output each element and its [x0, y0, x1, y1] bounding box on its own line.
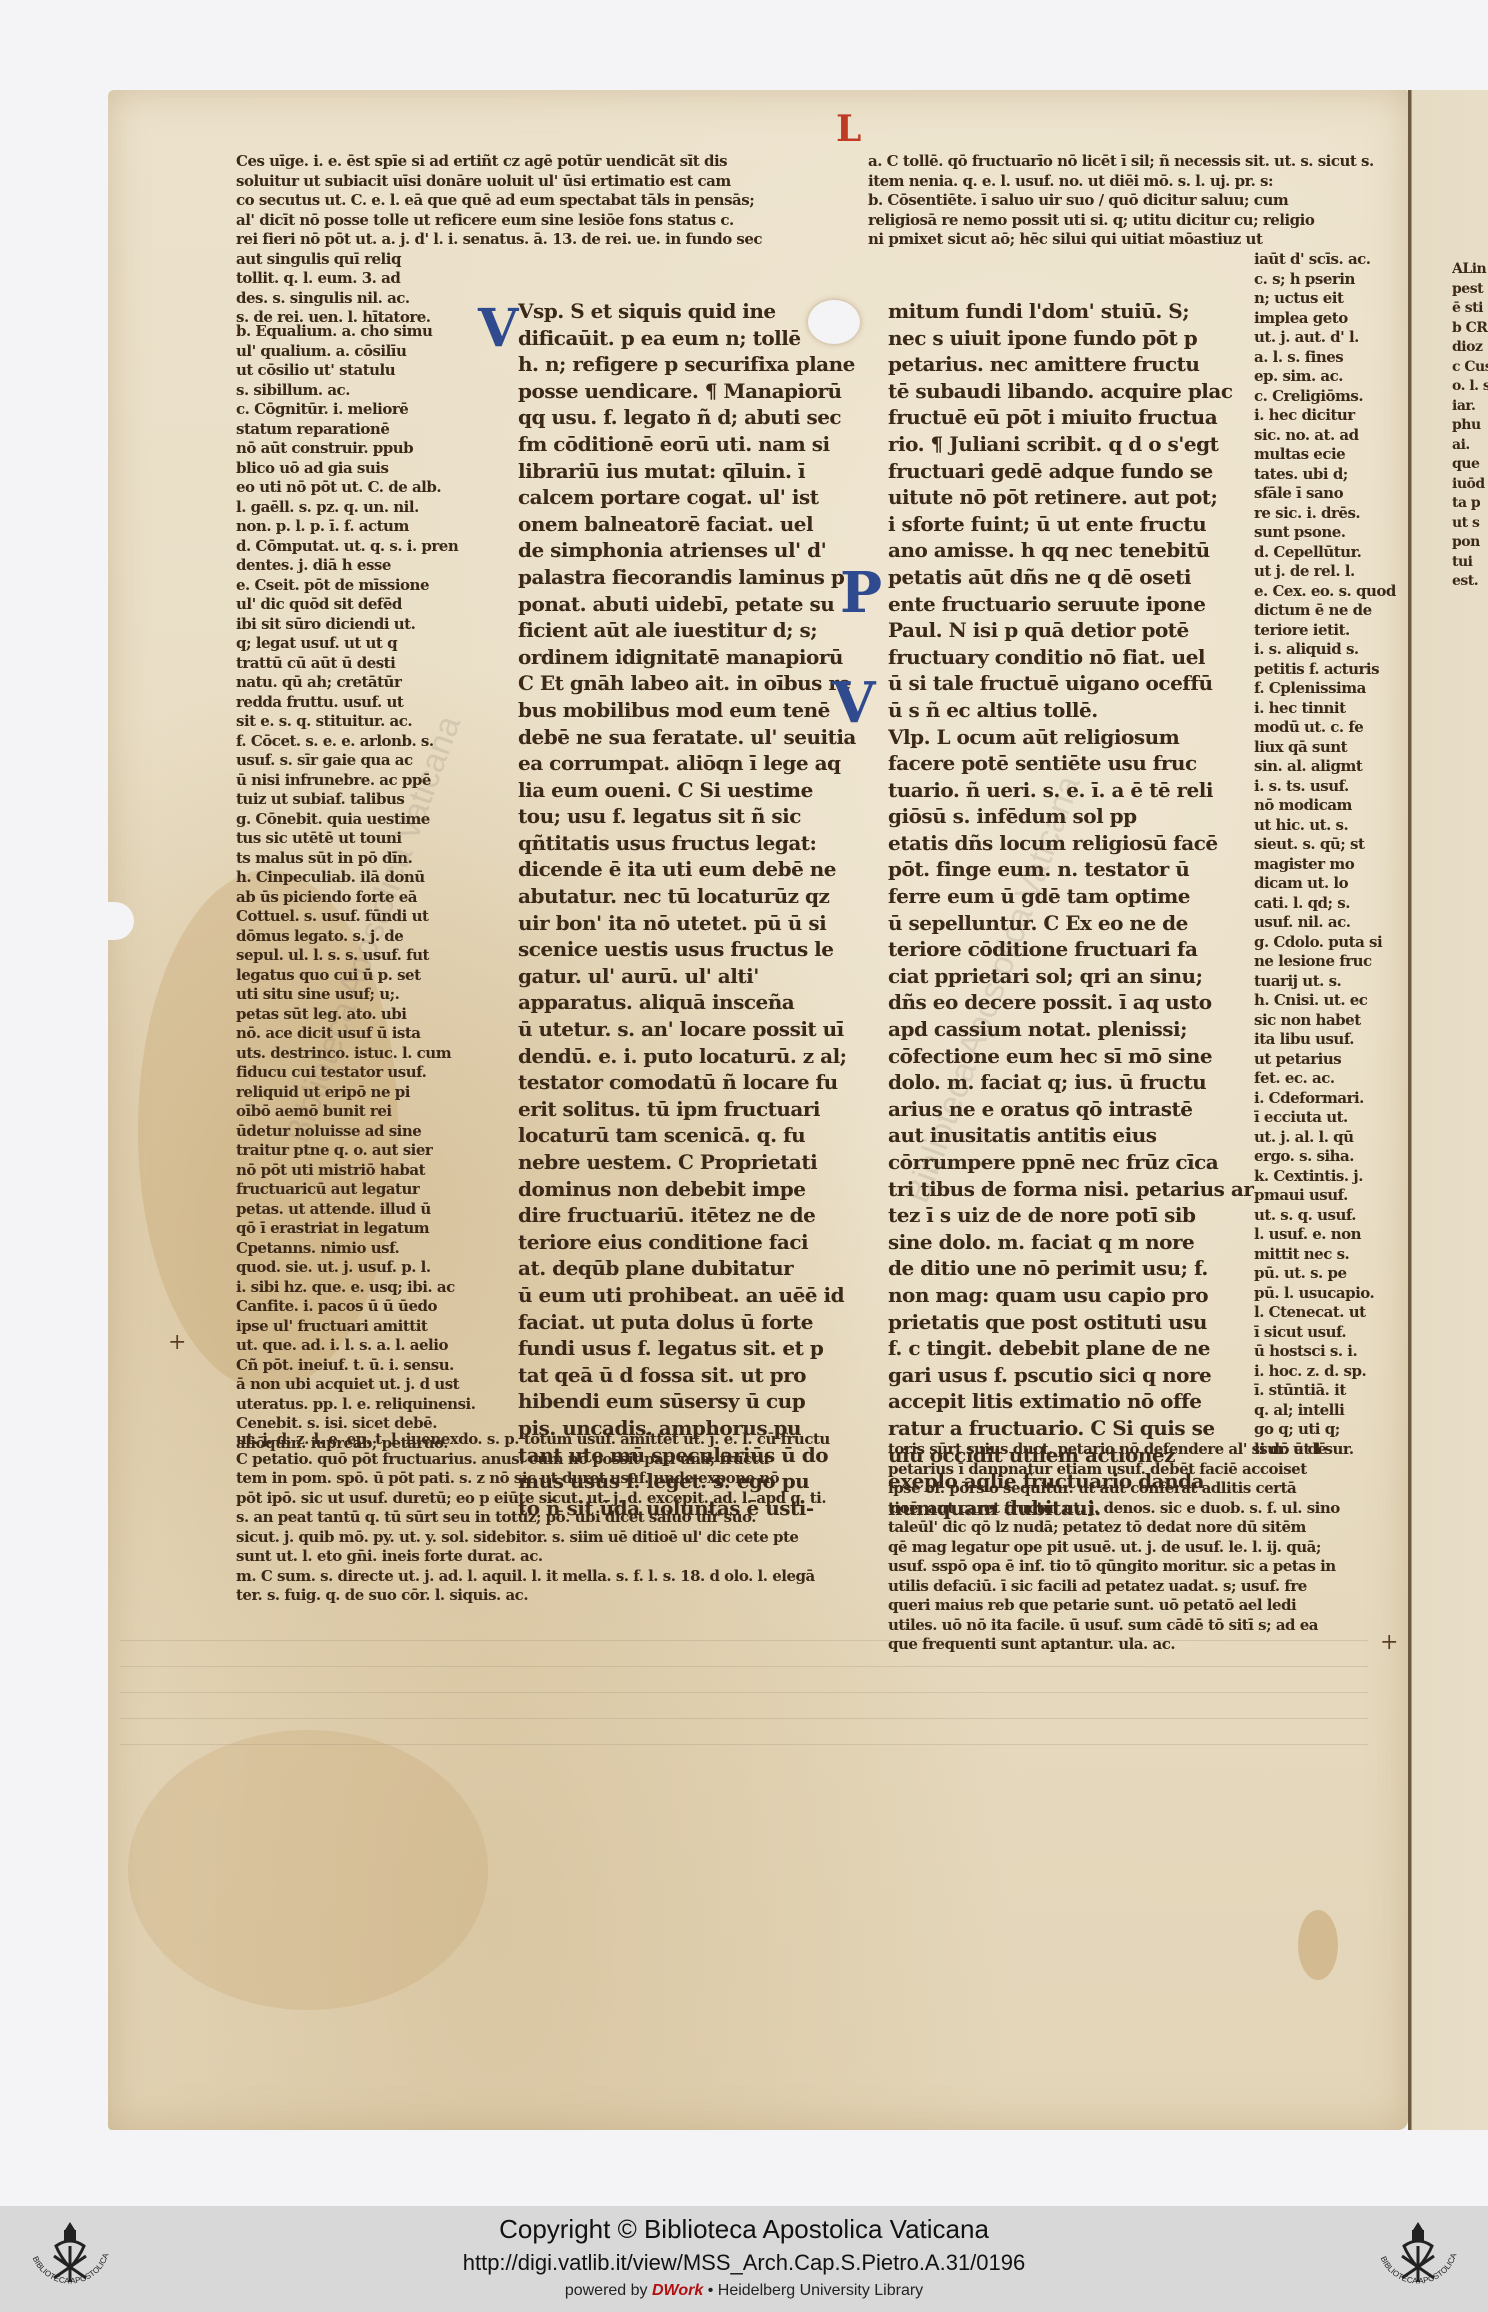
text-line: ne lesione fruc [1254, 952, 1404, 972]
text-line: ipse of. pōrs o sequitur. ut aut confera… [888, 1479, 1388, 1499]
text-line: abutatur. nec tū locaturūz qz [518, 883, 898, 910]
text-line: dñs eo decere possit. ī aq usto [888, 989, 1308, 1016]
text-line: onem balneatorē faciat. uel [518, 511, 898, 538]
text-line: que [1452, 455, 1488, 475]
text-line: sicut. j. quib mō. py. ut. y. sol. sideb… [236, 1528, 936, 1548]
text-line: pōt. finge eum. n. testator ū [888, 856, 1308, 883]
text-line: non mag: quam usu capio pro [888, 1282, 1308, 1309]
text-line: fm cōditionē eorū uti. nam si [518, 431, 898, 458]
manuscript-leaf: Biblioteca Apostolica Vaticana Bibliotec… [108, 90, 1408, 2130]
ruling-line [120, 1640, 1368, 1641]
text-line: ū eum uti prohibeat. an uēē id [518, 1282, 898, 1309]
text-line: sieut. s. qū; st [1254, 835, 1404, 855]
text-line: ut s [1452, 514, 1488, 534]
text-line: Cottuel. s. usuf. fūndi ut [236, 907, 476, 927]
text-line: ni pmixet sicut aō; hēc silui qui uitiat… [868, 230, 1388, 250]
text-line: accepit litis extimatio nō offe [888, 1388, 1308, 1415]
ruling-line [120, 1744, 1368, 1745]
text-line: testator comodatū ñ locare fu [518, 1069, 898, 1096]
text-line: c. Creligiōms. [1254, 387, 1404, 407]
text-line: ū s ñ ec altius tollē. [888, 697, 1308, 724]
text-line: n; uctus eit [1254, 289, 1404, 309]
text-line: l. gaēll. s. pz. q. un. nil. [236, 498, 476, 518]
text-line: h. Cnisi. ut. ec [1254, 991, 1404, 1011]
text-line: Cpetanns. nimio usf. [236, 1239, 476, 1259]
text-line: re sic. i. drēs. [1254, 504, 1404, 524]
text-line: sunt ut. l. eto gn̄i. ineis forte durat.… [236, 1547, 936, 1567]
text-line: apparatus. aliquā insceña [518, 989, 898, 1016]
text-line: ā non ubi acquiet ut. j. d ust [236, 1375, 476, 1395]
text-line: petas sūt leg. ato. ubi [236, 1005, 476, 1025]
text-line: ea corrumpat. aliōqn ī lege aq [518, 750, 898, 777]
text-line: ratur a fructuario. C Si quis se [888, 1415, 1308, 1442]
text-line: tat qeā ū d fossa sit. ut pro [518, 1362, 898, 1389]
text-line: ALin [1452, 260, 1488, 280]
text-line: apd cassium notat. plenissi; [888, 1016, 1308, 1043]
text-line: ut. j. d. z. l. e. ep. t. l. iuenexdo. s… [236, 1430, 936, 1450]
text-line: toris sūrt suius duct. petario nō defend… [888, 1440, 1388, 1460]
text-line: qq usu. f. legato ñ d; abuti sec [518, 404, 898, 431]
gloss-bottom-left: ut. j. d. z. l. e. ep. t. l. iuenexdo. s… [236, 1430, 936, 1606]
powered-prefix: powered by [565, 2282, 652, 2299]
gloss-left-column: b. Equalium. a. cho simuul' qualium. a. … [236, 322, 476, 1453]
main-text-right-column: mitum fundi l'dom' stuiū. S;nec s uiuit … [888, 298, 1308, 1521]
text-line: i. hoc. z. d. sp. [1254, 1362, 1404, 1382]
text-line: ergo. s. siha. [1254, 1147, 1404, 1167]
text-line: eo uti nō pōt ut. C. de alb. [236, 478, 476, 498]
text-line: ū hostsci s. i. [1254, 1342, 1404, 1362]
text-line: fructuaricū aut legatur [236, 1180, 476, 1200]
text-line: al' dicīt nō posse tolle ut reficere eum… [236, 211, 776, 231]
text-line: ul' qualium. a. cōsilīu [236, 342, 476, 362]
text-line: mitum fundi l'dom' stuiū. S; [888, 298, 1308, 325]
manuscript-viewer: ALinpestē stib CRdiozc Cuso. l. siar.phu… [0, 0, 1488, 2206]
text-line: pōt ipō. sic ut usuf. duretū; eo p eiūte… [236, 1489, 936, 1509]
text-line: magister mo [1254, 855, 1404, 875]
text-line: Canfite. i. pacos ū ū ūedo [236, 1297, 476, 1317]
text-line: uti situ sine usuf; u;. [236, 985, 476, 1005]
text-line: nō modicam [1254, 796, 1404, 816]
text-line: h. Cinpeculiab. ilā donū [236, 868, 476, 888]
text-line: librariū ius mutat: qīluin. ī [518, 458, 898, 485]
text-line: locaturū tam scenicā. q. fu [518, 1122, 898, 1149]
ruling-line [120, 1666, 1368, 1667]
text-line: i. hec tinnit [1254, 699, 1404, 719]
text-line: religiosā re nemo possit uti si. q; utit… [868, 211, 1388, 231]
text-line: tui [1452, 553, 1488, 573]
text-line: sunt psone. [1254, 523, 1404, 543]
text-line: ciat pprietari sol; qri an sinu; [888, 963, 1308, 990]
text-line: iuōd [1452, 475, 1488, 495]
text-line: rio. ¶ Juliani scribit. q d o s'egt [888, 431, 1308, 458]
text-line: b. Equalium. a. cho simu [236, 322, 476, 342]
text-line: tē subaudi libando. acquire plac [888, 378, 1308, 405]
text-line: ū sepelluntur. C Ex eo ne de [888, 910, 1308, 937]
initial-v: V [478, 298, 518, 359]
text-line: tuarij ut. s. [1254, 972, 1404, 992]
text-line: nec s uiuit ipone fundo pōt p [888, 325, 1308, 352]
text-line: go q; uti q; [1254, 1420, 1404, 1440]
text-line: ē sti [1452, 299, 1488, 319]
text-line: sepul. ul. l. s. s. usuf. fut [236, 946, 476, 966]
text-line: ū utetur. s. an' locare possit uī [518, 1016, 898, 1043]
text-line: dominus non debebit impe [518, 1176, 898, 1203]
text-line: Cñ pōt. ineiuf. t. ū. i. sensu. [236, 1356, 476, 1376]
text-line: posse uendicare. ¶ Manapiorū [518, 378, 898, 405]
text-line: c Cus [1452, 358, 1488, 378]
text-line: i. s. ts. usuf. [1254, 777, 1404, 797]
text-line: ut petarius [1254, 1050, 1404, 1070]
text-line: uts. destrinco. istuc. l. cum [236, 1044, 476, 1064]
text-line: tri tibus de forma nisi. petarius ar [888, 1176, 1308, 1203]
text-line: cōrrumpere ppnē nec frūz cīca [888, 1149, 1308, 1176]
text-line: uitute nō pōt retinere. aut pot; [888, 484, 1308, 511]
text-line: ī sicut usuf. [1254, 1323, 1404, 1343]
text-line: pmaui usuf. [1254, 1186, 1404, 1206]
text-line: d. Cepellūtur. [1254, 543, 1404, 563]
text-line: Vlp. L ocum aūt religiosum [888, 724, 1308, 751]
text-line: pū. l. usucapio. [1254, 1284, 1404, 1304]
text-line: hibendi eum sūsersy ū cup [518, 1388, 898, 1415]
text-line: C petatio. quō pōt fructuarius. anus. cu… [236, 1450, 936, 1470]
text-line: legatus quo cui ū p. set [236, 966, 476, 986]
copyright-notice: Copyright © Biblioteca Apostolica Vatica… [0, 2214, 1488, 2245]
marginal-cross: + [1380, 1630, 1398, 1655]
text-line: ano amisse. h qq nec tenebitū [888, 537, 1308, 564]
text-line: fructuary conditio nō fiat. uel [888, 644, 1308, 671]
text-line: dificaūit. p ea eum n; tollē [518, 325, 898, 352]
text-line: d. Cōmputat. ut. q. s. i. pren [236, 537, 476, 557]
running-mark: L [836, 108, 861, 150]
text-line: soluitur ut subiacit uīsi donāre uoluit … [236, 172, 776, 192]
text-line: facere potē sentiēte usu fruc [888, 750, 1308, 777]
text-line: sit e. s. q. stituitur. ac. [236, 712, 476, 732]
text-line: ī ecciuta ut. [1254, 1108, 1404, 1128]
text-line: ī. stūntiā. it [1254, 1381, 1404, 1401]
text-line: ts malus sūt in pō dīn. [236, 849, 476, 869]
text-line: qñtitatis usus fructus legat: [518, 830, 898, 857]
text-line: i. Cdeformari. [1254, 1089, 1404, 1109]
text-line: tem in pom. spō. ū pōt pati. s. z nō sic… [236, 1469, 936, 1489]
text-line: dolo. m. faciat q; ius. ū fructu [888, 1069, 1308, 1096]
text-line: sfāle ī sano [1254, 484, 1404, 504]
ruling-line [120, 1692, 1368, 1693]
text-line: sic non habet [1254, 1011, 1404, 1031]
dwork-link[interactable]: DWork [652, 2282, 703, 2299]
water-stain [128, 1730, 488, 2010]
text-line: nō. ace dicit usuf ū ista [236, 1024, 476, 1044]
text-line: iaūt d' scīs. ac. [1254, 250, 1404, 270]
text-line: ibi sit sūro diciendi ut. [236, 615, 476, 635]
text-line: f. Cplenissima [1254, 679, 1404, 699]
text-line: i sforte fuint; ū ut ente fructu [888, 511, 1308, 538]
text-line: dictum ē ne de [1254, 601, 1404, 621]
text-line: ente fructuario seruute ipone [888, 591, 1308, 618]
text-line: ferre eum ū gdē tam optime [888, 883, 1308, 910]
text-line: a. C tollē. qō fructuarīo nō licēt ī sil… [868, 152, 1388, 172]
text-line: petarius. nec amittere fructu [888, 351, 1308, 378]
next-leaf-edge: ALinpestē stib CRdiozc Cuso. l. siar.phu… [1408, 90, 1488, 2130]
text-line: co secutus ut. C. e. l. eā que quē ad eu… [236, 191, 776, 211]
text-line: ta p [1452, 494, 1488, 514]
text-line: b. Cōsentiēte. ī saluo uir suo / quō dic… [868, 191, 1388, 211]
text-line: dendū. e. i. puto locaturū. z al; [518, 1043, 898, 1070]
text-line: ai. [1452, 436, 1488, 456]
text-line: lia eum oueni. C Si uestime [518, 777, 898, 804]
text-line: tez ī s uiz de de nore potī sib [888, 1202, 1308, 1229]
text-line: o. l. s [1452, 377, 1488, 397]
text-line: tou; usu f. legatus sit ñ sic [518, 803, 898, 830]
text-line: k. Cextintis. j. [1254, 1167, 1404, 1187]
main-text-left-column: Vsp. S et siquis quid inedificaūit. p ea… [518, 298, 898, 1521]
text-line: ab ūs piciendo forte eā [236, 888, 476, 908]
text-line: Ces uīge. i. e. ēst spīe si ad ertiñt cz… [236, 152, 776, 172]
text-line: gatur. ul' aurū. ul' alti' [518, 963, 898, 990]
text-line: ut. s. q. usuf. [1254, 1206, 1404, 1226]
text-line: ut. j. aut. d' l. [1254, 328, 1404, 348]
text-line: petarius ī danpnatur etiam usuf. debēt f… [888, 1460, 1388, 1480]
text-line: de ditio une nō perimit usu; f. [888, 1255, 1308, 1282]
text-line: e. Cseit. pōt de mīssione [236, 576, 476, 596]
text-line: arius ne e oratus qō intrastē [888, 1096, 1308, 1123]
text-line: traitur ptne q. o. aut sier [236, 1141, 476, 1161]
permalink-url[interactable]: http://digi.vatlib.it/view/MSS_Arch.Cap.… [0, 2250, 1488, 2276]
gloss-right-column: iaūt d' scīs. ac.c. s; h pserinn; uctus … [1254, 250, 1404, 1459]
text-line: dōmus legato. s. j. de [236, 927, 476, 947]
leaf-notch [104, 902, 134, 940]
text-line: liux qā sunt [1254, 738, 1404, 758]
text-line: s. an peat tantū q. tū sūrt seu in totūz… [236, 1508, 936, 1528]
text-line: usuf. sspō opa ē inf. tio tō qūngito mor… [888, 1557, 1388, 1577]
text-line: pest [1452, 280, 1488, 300]
text-line: a. l. s. fines [1254, 348, 1404, 368]
initial-v2: V [832, 670, 875, 736]
text-line: que frequenti sunt aptantur. ula. ac. [888, 1635, 1388, 1655]
text-line: c. Cōgnitūr. i. meliorē [236, 400, 476, 420]
text-line: g. Cōnebit. quia uestime [236, 810, 476, 830]
text-line: taleūl' dic qō lz nudā; petatez tō dedat… [888, 1518, 1388, 1538]
text-line: ter. s. fuig. q. de suo cōr. l. siquis. … [236, 1586, 936, 1606]
text-line: reliquid ut eripō ne pi [236, 1083, 476, 1103]
text-line: prietatis que post ostituti usu [888, 1309, 1308, 1336]
text-line: tuario. ñ ueri. s. e. ī. a ē tē reli [888, 777, 1308, 804]
text-line: cōfectione eum hec sī mō sine [888, 1043, 1308, 1070]
marginal-cross: + [168, 1330, 186, 1355]
text-line: multas ecie [1254, 445, 1404, 465]
text-line: q. al; intelli [1254, 1401, 1404, 1421]
text-line: at. deqūb plane dubitatur [518, 1255, 898, 1282]
text-line: utiles. uō nō ita facile. ū usuf. sum cā… [888, 1616, 1388, 1636]
text-line: implea geto [1254, 309, 1404, 329]
text-line: tus sic utētē ut touni [236, 829, 476, 849]
text-line: fructuē eū pōt i miuito fructua [888, 404, 1308, 431]
text-line: uir bon' ita nō utetet. pū ū si [518, 910, 898, 937]
powered-by: powered by DWork • Heidelberg University… [0, 2282, 1488, 2300]
text-line: ipse ul' fructuari amittit [236, 1317, 476, 1337]
text-line: phu [1452, 416, 1488, 436]
text-line: qē mag legatur ope pit usuē. ut. j. de u… [888, 1538, 1388, 1558]
text-line: sic. no. at. ad [1254, 426, 1404, 446]
text-line: Vsp. S et siquis quid ine [518, 298, 898, 325]
text-line: pū. ut. s. pe [1254, 1264, 1404, 1284]
text-line: fundi usus f. legatus sit. et p [518, 1335, 898, 1362]
text-line: gari usus f. pscutio sici q nore [888, 1362, 1308, 1389]
text-line: mittit nec s. [1254, 1245, 1404, 1265]
text-line: ut hic. ut. s. [1254, 816, 1404, 836]
text-line: sine dolo. m. faciat q m nore [888, 1229, 1308, 1256]
ruling-line [120, 1718, 1368, 1719]
text-line: ūdetur noluisse ad sine [236, 1122, 476, 1142]
text-line: tioē; aut caret fructu. ut. j. denos. si… [888, 1499, 1388, 1519]
text-line: ut. que. ad. i. l. s. a. l. aelio [236, 1336, 476, 1356]
next-leaf-text: ALinpestē stib CRdiozc Cuso. l. siar.phu… [1452, 260, 1488, 592]
text-line: q; legat usuf. ut ut q [236, 634, 476, 654]
text-line: ū nisi infrunebre. ac ppē [236, 771, 476, 791]
gloss-top-right: a. C tollē. qō fructuarīo nō licēt ī sil… [868, 152, 1388, 250]
text-line: b CR [1452, 319, 1488, 339]
text-line: petas. ut attende. illud ū [236, 1200, 476, 1220]
text-line: nō aūt construir. ppub [236, 439, 476, 459]
text-line: iar. [1452, 397, 1488, 417]
text-line: ū si tale fructuē uigano oceffū [888, 670, 1308, 697]
powered-suffix: • Heidelberg University Library [703, 2282, 923, 2299]
text-line: ita libu usuf. [1254, 1030, 1404, 1050]
text-line: non. p. l. p. ī. f. actum [236, 517, 476, 537]
text-line: erit solitus. tū ipm fructuari [518, 1096, 898, 1123]
text-line: dire fructuariū. itētez ne de [518, 1202, 898, 1229]
text-line: scenice uestis usus fructus le [518, 936, 898, 963]
text-line: blico uō ad gia suis [236, 459, 476, 479]
text-line: l. Ctenecat. ut [1254, 1303, 1404, 1323]
text-line: dioz [1452, 338, 1488, 358]
copyright-footer: BIBLIOTECA APOSTOLICA VATICANA BIBLIOTEC… [0, 2206, 1488, 2312]
text-line: usuf. s. sīr gaie qua ac [236, 751, 476, 771]
text-line: tollit. q. l. eum. 3. ad [236, 269, 776, 289]
text-line: fet. ec. ac. [1254, 1069, 1404, 1089]
text-line: statum reparationē [236, 420, 476, 440]
text-line: c. s; h pserin [1254, 270, 1404, 290]
text-line: f. Cōcet. s. e. e. arlonb. s. [236, 732, 476, 752]
text-line: teriore eius conditione faci [518, 1229, 898, 1256]
text-line: f. c tingit. debebit plane de ne [888, 1335, 1308, 1362]
text-line: ul' dic quōd sit defēd [236, 595, 476, 615]
text-line: Paul. N isi p quā detior potē [888, 617, 1308, 644]
text-line: teriore ietit. [1254, 621, 1404, 641]
text-line: est. [1452, 572, 1488, 592]
text-line: calcem portare cogat. ul' ist [518, 484, 898, 511]
text-line: tuiz ut subiaf. talibus [236, 790, 476, 810]
text-line: ordinem idignitatē manapiorū [518, 644, 898, 671]
text-line: etatis dñs locum religiosū facē [888, 830, 1308, 857]
text-line: tates. ubi d; [1254, 465, 1404, 485]
text-line: dicende ē ita uti eum debē ne [518, 856, 898, 883]
text-line: sin. al. aligmt [1254, 757, 1404, 777]
text-line: teriore cōditione fructuari fa [888, 936, 1308, 963]
text-line: qō ī erastriat in legatum [236, 1219, 476, 1239]
text-line: s. sibillum. ac. [236, 381, 476, 401]
gloss-bottom-right: toris sūrt suius duct. petario nō defend… [888, 1440, 1388, 1655]
text-line: petatis aūt dñs ne q dē oseti [888, 564, 1308, 591]
text-line: trattū cū aūt ū desti [236, 654, 476, 674]
text-line: g. Cdolo. puta si [1254, 933, 1404, 953]
text-line: i. hec dicitur [1254, 406, 1404, 426]
text-line: utilis defaciū. ī sic facili ad petatez … [888, 1577, 1388, 1597]
text-line: ut. j. al. l. qū [1254, 1128, 1404, 1148]
text-line: faciat. ut puta dolus ū forte [518, 1309, 898, 1336]
text-line: redda fruttu. usuf. ut [236, 693, 476, 713]
text-line: quod. sie. ut. j. usuf. p. l. [236, 1258, 476, 1278]
text-line: fructuari gedē adque fundo se [888, 458, 1308, 485]
text-line: petitis f. acturis [1254, 660, 1404, 680]
ink-stain [1298, 1910, 1338, 1980]
initial-p: P [840, 560, 882, 626]
text-line: ep. sim. ac. [1254, 367, 1404, 387]
text-line: oībō aemō bunit rei [236, 1102, 476, 1122]
text-line: usuf. nil. ac. [1254, 913, 1404, 933]
text-line: rei fieri nō pōt ut. a. j. d' l. i. sena… [236, 230, 776, 250]
text-line: modū ut. c. fe [1254, 718, 1404, 738]
text-line: giōsū s. infēdum sol pp [888, 803, 1308, 830]
text-line: cati. l. qd; s. [1254, 894, 1404, 914]
text-line: queri maius reb que petarie sunt. uō pet… [888, 1596, 1388, 1616]
text-line: ut j. de rel. l. [1254, 562, 1404, 582]
text-line: pon [1452, 533, 1488, 553]
text-line: dicam ut. lo [1254, 874, 1404, 894]
text-line: nebre uestem. C Proprietati [518, 1149, 898, 1176]
text-line: m. C sum. s. directe ut. j. ad. l. aquil… [236, 1567, 936, 1587]
text-line: aut inusitatis antitis eius [888, 1122, 1308, 1149]
text-line: e. Cex. eo. s. quod [1254, 582, 1404, 602]
text-line: nō pōt uti mistriō habat [236, 1161, 476, 1181]
text-line: fiducu cui testator usuf. [236, 1063, 476, 1083]
text-line: dentes. j. diā h esse [236, 556, 476, 576]
text-line: aut singulis quī reliq [236, 250, 776, 270]
text-line: h. n; refigere p securifixa plane [518, 351, 898, 378]
text-line: i. sibi hz. que. e. usq; ibi. ac [236, 1278, 476, 1298]
text-line: i. s. aliquid s. [1254, 640, 1404, 660]
text-line: uteratus. pp. l. e. reliquinensi. s. [236, 1395, 476, 1415]
text-line: l. usuf. e. non [1254, 1225, 1404, 1245]
text-line: item nenia. q. e. l. usuf. no. ut diēi m… [868, 172, 1388, 192]
text-line: ut cōsilio ut' statulu [236, 361, 476, 381]
text-line: natu. qū ah; cretātūr [236, 673, 476, 693]
